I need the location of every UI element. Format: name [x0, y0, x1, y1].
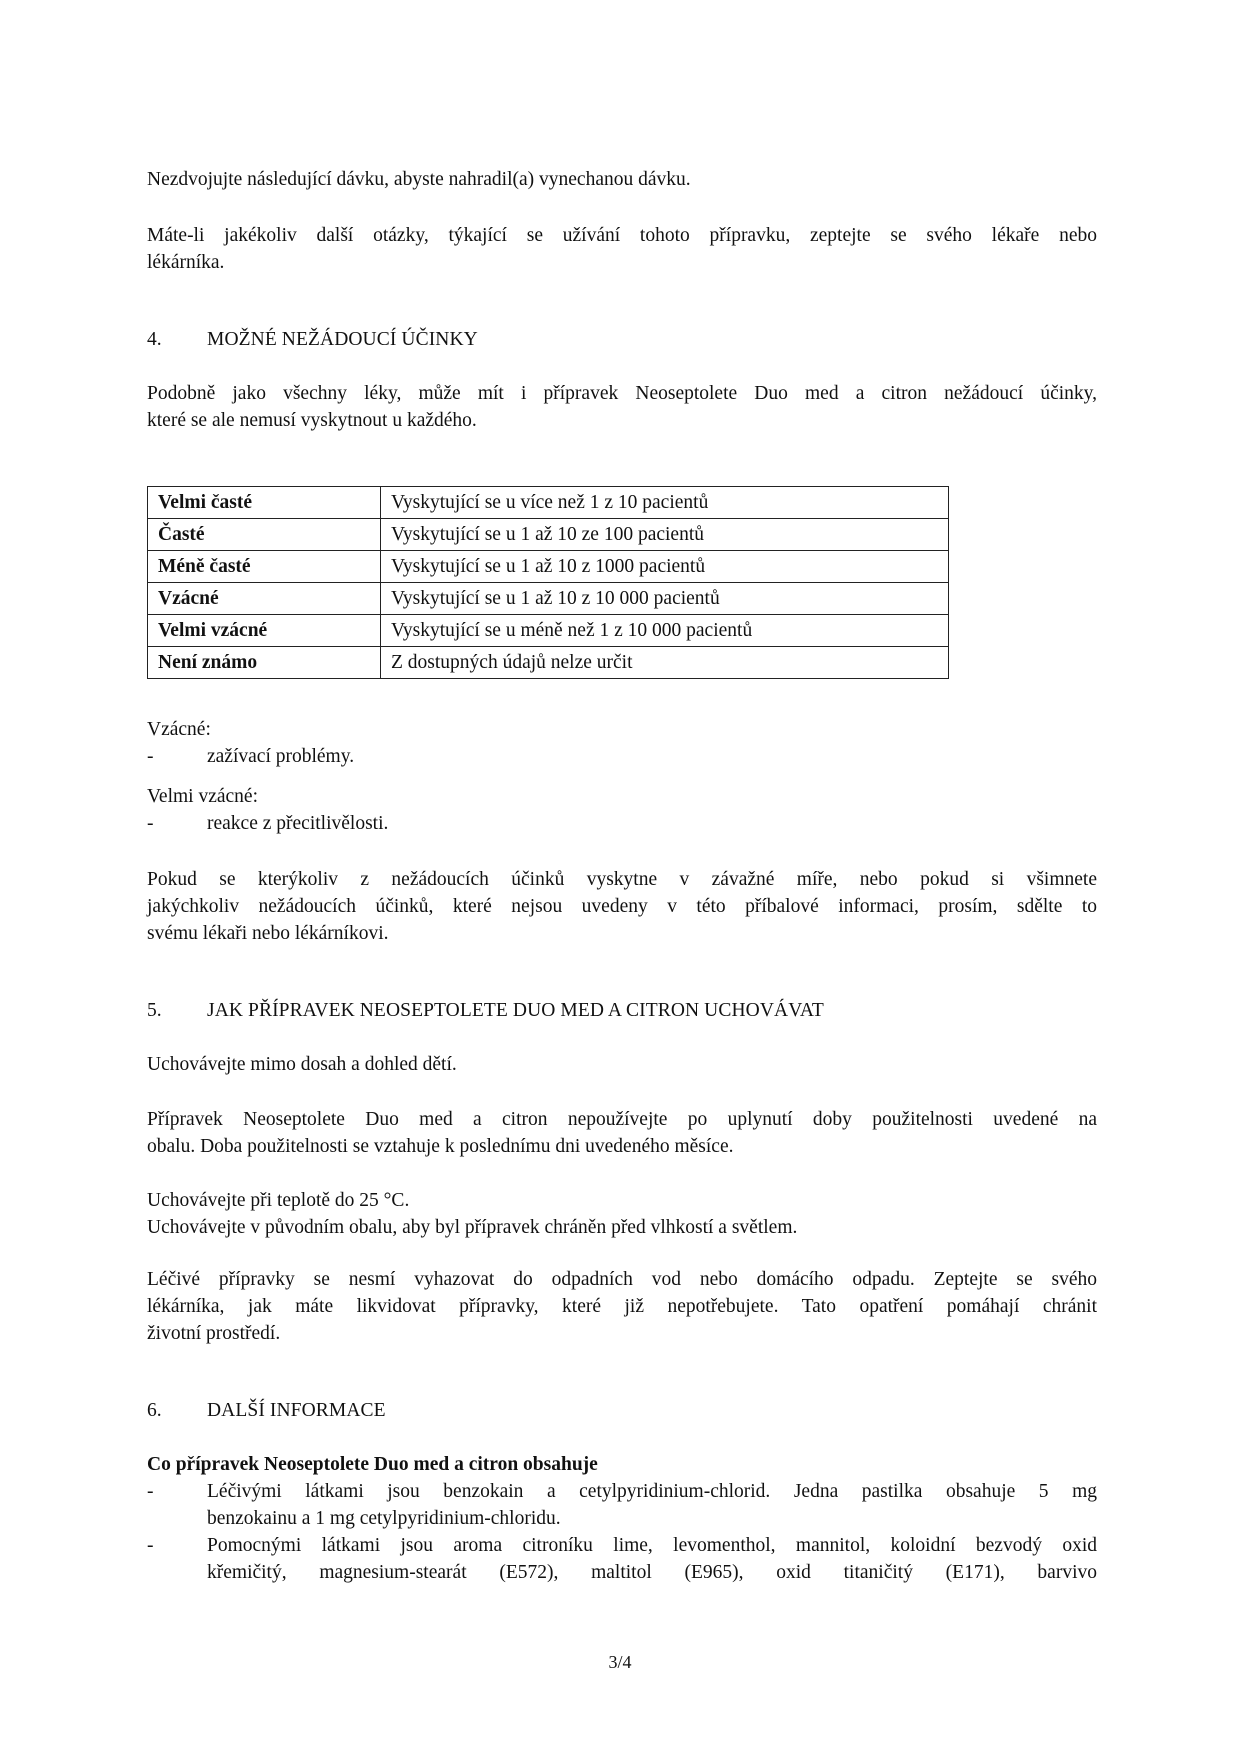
list-item: -reakce z přecitlivělosti.	[147, 810, 1097, 837]
section-number: 5.	[147, 997, 207, 1024]
text-line: lékárníka.	[147, 249, 1097, 276]
bullet: -	[147, 743, 154, 770]
table-row: Velmi vzácnéVyskytující se u méně než 1 …	[148, 615, 949, 647]
paragraph-storage-children: Uchovávejte mimo dosah a dohled dětí.	[147, 1051, 1097, 1078]
frequency-term: Velmi časté	[148, 487, 381, 519]
frequency-term: Vzácné	[148, 583, 381, 615]
list-item-text: zažívací problémy.	[207, 746, 354, 767]
section-4-heading: 4.MOŽNÉ NEŽÁDOUCÍ ÚČINKY	[147, 326, 478, 353]
frequency-description: Vyskytující se u 1 až 10 z 1000 pacientů	[381, 551, 949, 583]
frequency-description: Vyskytující se u 1 až 10 ze 100 pacientů	[381, 519, 949, 551]
bullet: -	[147, 1532, 154, 1559]
page-number: 3/4	[0, 1652, 1240, 1673]
text-line: Uchovávejte mimo dosah a dohled dětí.	[147, 1051, 1097, 1078]
table-row: Velmi častéVyskytující se u více než 1 z…	[148, 487, 949, 519]
paragraph-storage-conditions: Uchovávejte při teplotě do 25 °C. Uchová…	[147, 1187, 1097, 1241]
table-row: Méně častéVyskytující se u 1 až 10 z 100…	[148, 551, 949, 583]
list-item: -zažívací problémy.	[147, 743, 1097, 770]
frequency-term: Časté	[148, 519, 381, 551]
section-title: JAK PŘÍPRAVEK NEOSEPTOLETE DUO MED A CIT…	[207, 1000, 824, 1021]
frequency-description: Vyskytující se u 1 až 10 z 10 000 pacien…	[381, 583, 949, 615]
text-line: Pomocnými látkami jsou aroma citroníku l…	[207, 1532, 1097, 1559]
text-line: benzokainu a 1 mg cetylpyridinium-chlori…	[207, 1505, 1097, 1532]
paragraph-missed-dose: Nezdvojujte následující dávku, abyste na…	[147, 166, 1097, 193]
bullet: -	[147, 1478, 154, 1505]
very-rare-label: Velmi vzácné:	[147, 783, 1097, 810]
section-number: 6.	[147, 1397, 207, 1424]
rare-effects-block: Vzácné: -zažívací problémy.	[147, 716, 1097, 770]
section-6-heading: 6.DALŠÍ INFORMACE	[147, 1397, 386, 1424]
paragraph-disposal: Léčivé přípravky se nesmí vyhazovat do o…	[147, 1266, 1097, 1347]
frequency-description: Vyskytující se u více než 1 z 10 pacient…	[381, 487, 949, 519]
document-page: Nezdvojujte následující dávku, abyste na…	[0, 0, 1240, 1754]
table-row: Není známoZ dostupných údajů nelze určit	[148, 647, 949, 679]
subheading: Co přípravek Neoseptolete Duo med a citr…	[147, 1451, 1097, 1478]
frequency-term: Méně časté	[148, 551, 381, 583]
text-line: Uchovávejte při teplotě do 25 °C.	[147, 1187, 1097, 1214]
section-5-heading: 5.JAK PŘÍPRAVEK NEOSEPTOLETE DUO MED A C…	[147, 997, 824, 1024]
list-item: - Léčivými látkami jsou benzokain a cety…	[147, 1478, 1097, 1532]
text-line: Léčivé přípravky se nesmí vyhazovat do o…	[147, 1266, 1097, 1293]
paragraph-questions: Máte-li jakékoliv další otázky, týkající…	[147, 222, 1097, 276]
text-line: životní prostředí.	[147, 1320, 1097, 1347]
very-rare-effects-block: Velmi vzácné: -reakce z přecitlivělosti.	[147, 783, 1097, 837]
text-line: křemičitý, magnesium-stearát (E572), mal…	[207, 1559, 1097, 1586]
text-line: Přípravek Neoseptolete Duo med a citron …	[147, 1106, 1097, 1133]
section-number: 4.	[147, 326, 207, 353]
text-line: Podobně jako všechny léky, může mít i př…	[147, 380, 1097, 407]
frequency-description: Z dostupných údajů nelze určit	[381, 647, 949, 679]
text-line: jakýchkoliv nežádoucích účinků, které ne…	[147, 893, 1097, 920]
list-item-text: reakce z přecitlivělosti.	[207, 813, 388, 834]
paragraph-report-side-effects: Pokud se kterýkoliv z nežádoucích účinků…	[147, 866, 1097, 947]
section-title: DALŠÍ INFORMACE	[207, 1400, 386, 1421]
bullet: -	[147, 810, 154, 837]
paragraph-expiry: Přípravek Neoseptolete Duo med a citron …	[147, 1106, 1097, 1160]
frequency-term: Není známo	[148, 647, 381, 679]
frequency-table: Velmi častéVyskytující se u více než 1 z…	[147, 486, 949, 679]
composition-block: Co přípravek Neoseptolete Duo med a citr…	[147, 1451, 1097, 1586]
text-line: Pokud se kterýkoliv z nežádoucích účinků…	[147, 866, 1097, 893]
text-line: Léčivými látkami jsou benzokain a cetylp…	[207, 1478, 1097, 1505]
text-line: obalu. Doba použitelnosti se vztahuje k …	[147, 1133, 1097, 1160]
table-row: VzácnéVyskytující se u 1 až 10 z 10 000 …	[148, 583, 949, 615]
text-line: Nezdvojujte následující dávku, abyste na…	[147, 166, 1097, 193]
frequency-description: Vyskytující se u méně než 1 z 10 000 pac…	[381, 615, 949, 647]
frequency-term: Velmi vzácné	[148, 615, 381, 647]
text-line: svému lékaři nebo lékárníkovi.	[147, 920, 1097, 947]
text-line: lékárníka, jak máte likvidovat přípravky…	[147, 1293, 1097, 1320]
list-item: - Pomocnými látkami jsou aroma citroníku…	[147, 1532, 1097, 1586]
text-line: které se ale nemusí vyskytnout u každého…	[147, 407, 1097, 434]
rare-label: Vzácné:	[147, 716, 1097, 743]
text-line: Uchovávejte v původním obalu, aby byl př…	[147, 1214, 1097, 1241]
table-row: ČastéVyskytující se u 1 až 10 ze 100 pac…	[148, 519, 949, 551]
text-line: Máte-li jakékoliv další otázky, týkající…	[147, 222, 1097, 249]
paragraph-side-effects-intro: Podobně jako všechny léky, může mít i př…	[147, 380, 1097, 434]
section-title: MOŽNÉ NEŽÁDOUCÍ ÚČINKY	[207, 329, 478, 350]
